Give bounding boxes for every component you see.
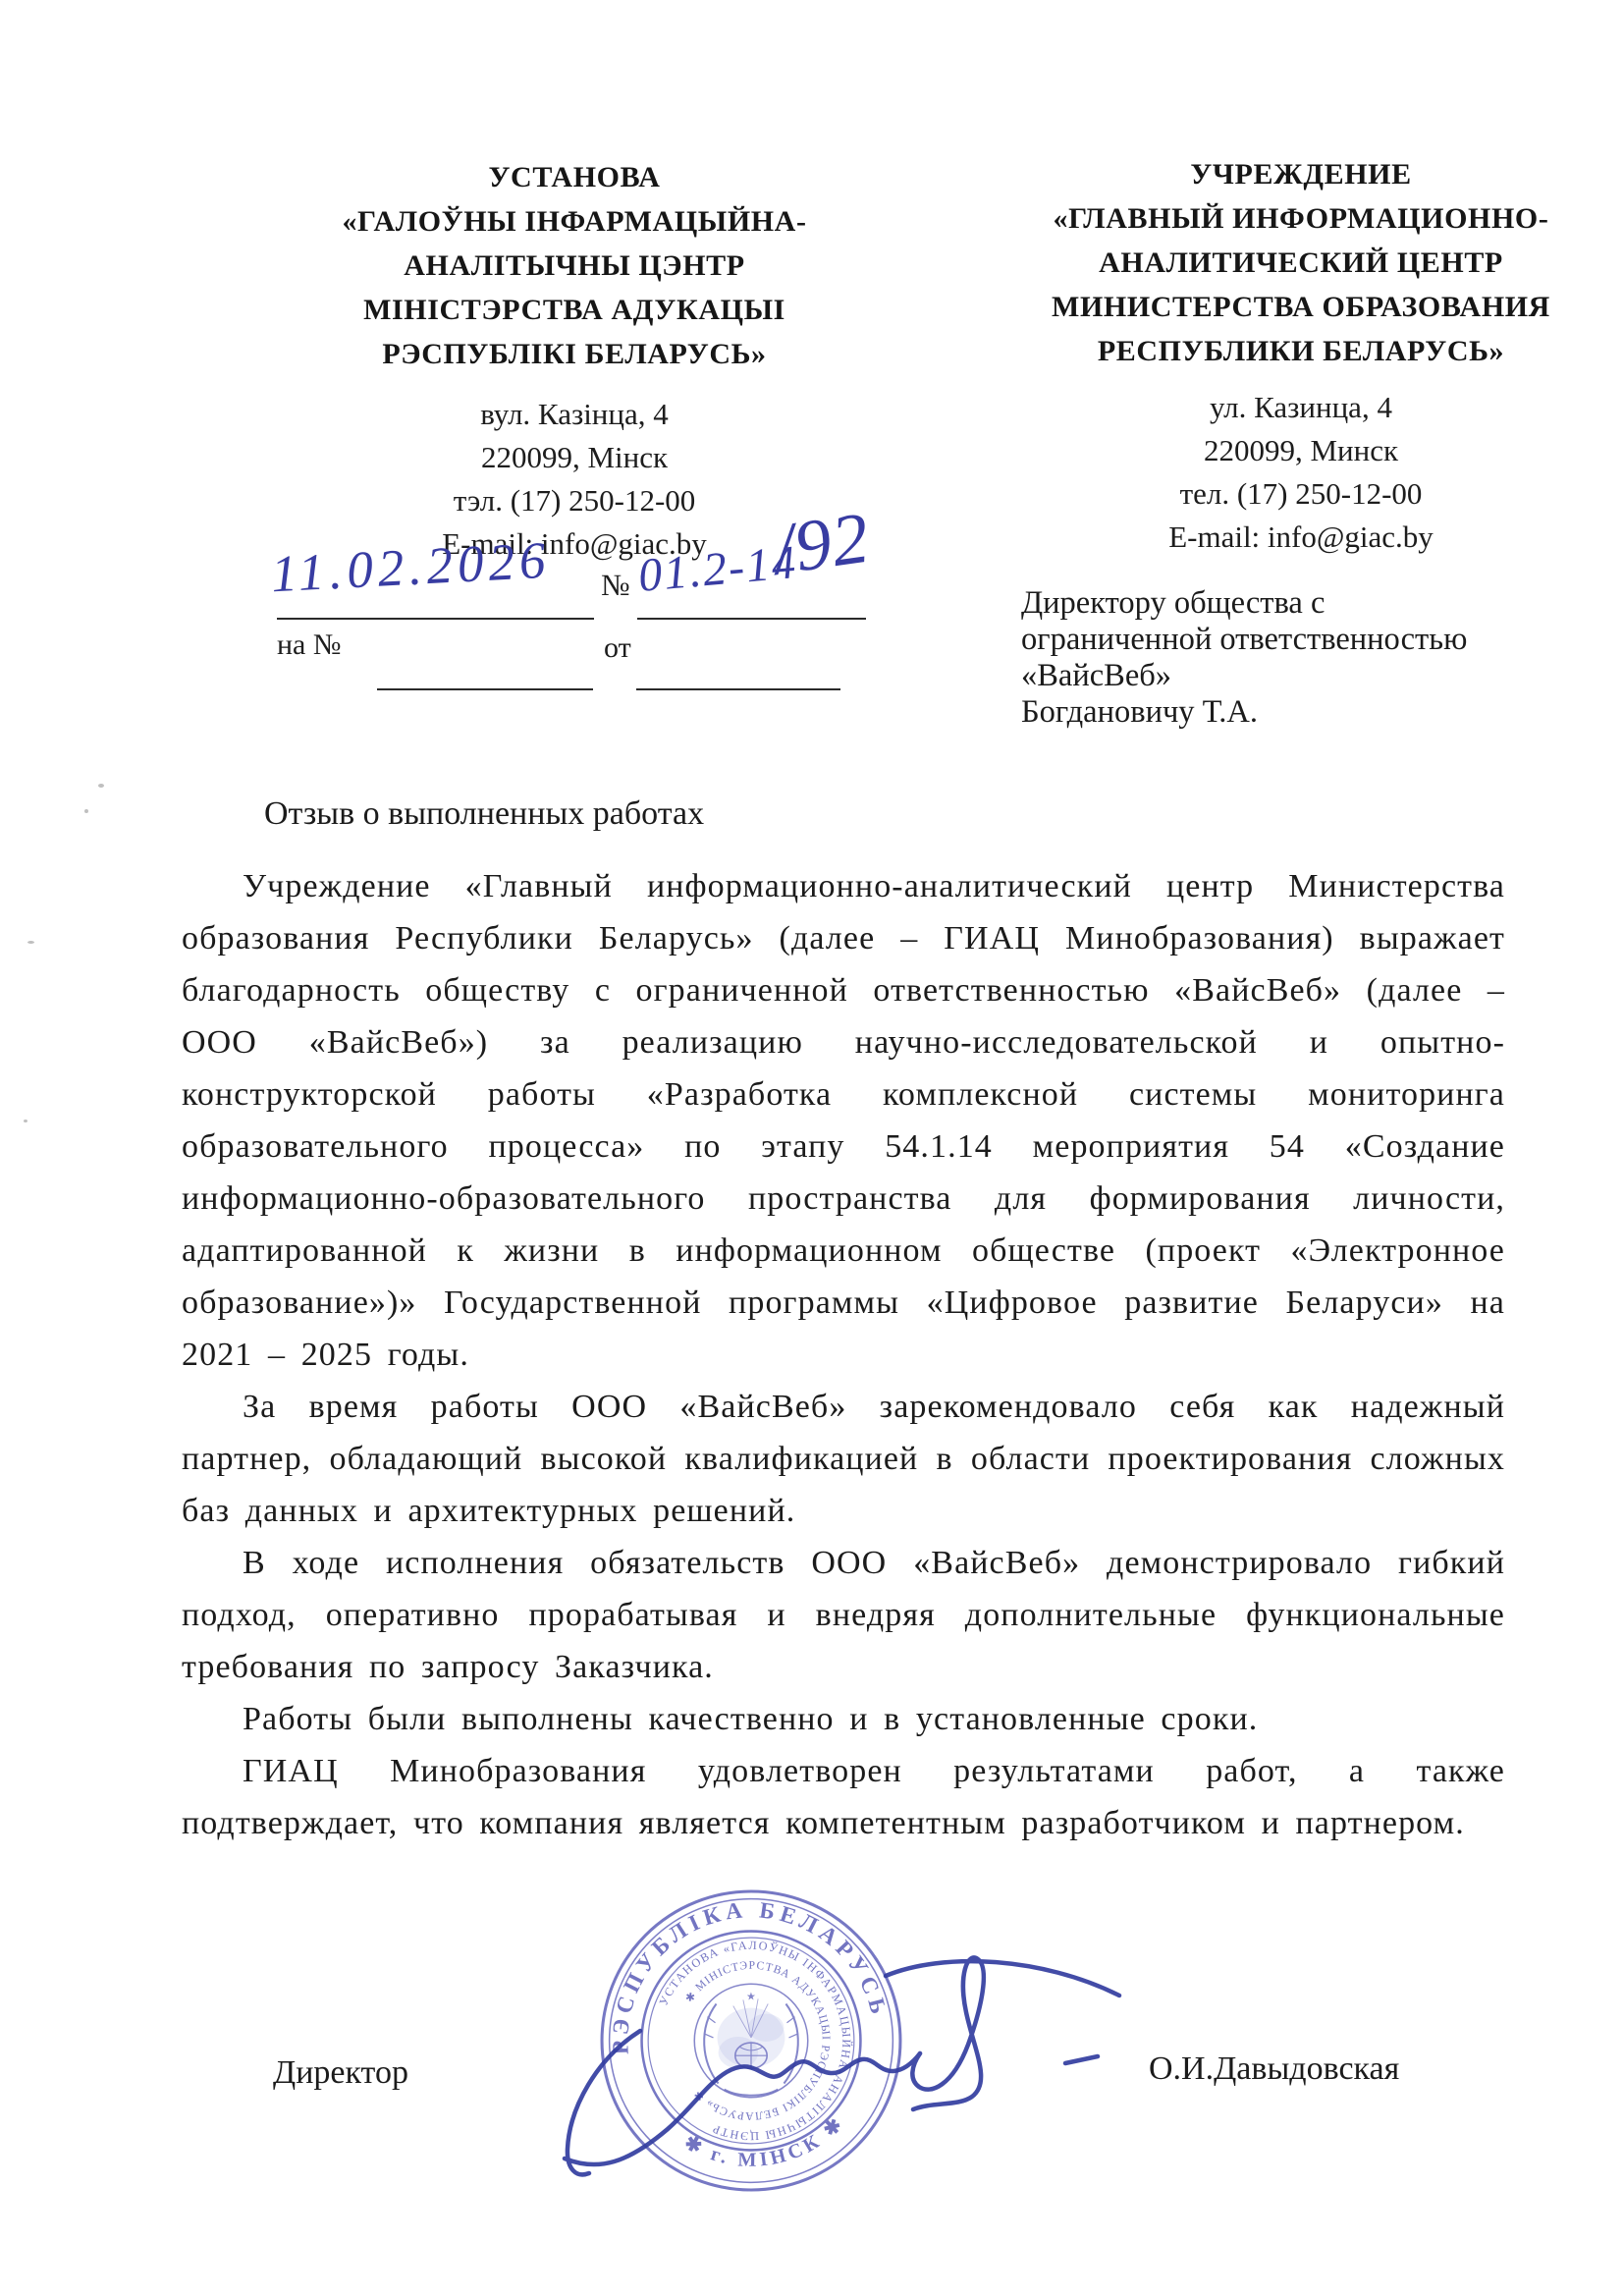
signature-dash bbox=[1065, 2056, 1098, 2063]
address-line: E-mail: info@giac.by bbox=[1103, 516, 1499, 559]
signature-stroke bbox=[565, 2053, 920, 2164]
letterhead-line: РЭСПУБЛІКІ БЕЛАРУСЬ» bbox=[309, 332, 839, 376]
address-line: 220099, Мінск bbox=[378, 436, 771, 479]
letterhead-line: РЕСПУБЛИКИ БЕЛАРУСЬ» bbox=[1026, 329, 1576, 373]
letterhead-line: «ГЛАВНЫЙ ИНФОРМАЦИОННО- bbox=[1026, 196, 1576, 241]
letterhead-line: УСТАНОВА bbox=[309, 155, 839, 199]
letterhead-line: АНАЛИТИЧЕСКИЙ ЦЕНТР bbox=[1026, 241, 1576, 285]
handwritten-number-suffix: /92 bbox=[769, 497, 875, 593]
recipient-line: Богдановичу Т.А. bbox=[1021, 694, 1492, 731]
handwritten-signature bbox=[530, 1915, 1168, 2190]
address-line: тэл. (17) 250-12-00 bbox=[378, 479, 771, 522]
body-paragraph: Работы были выполнены качественно и в ус… bbox=[182, 1693, 1505, 1745]
body-paragraph: ГИАЦ Минобразования удовлетворен результ… bbox=[182, 1745, 1505, 1849]
number-underline bbox=[637, 618, 866, 620]
subject-line: Отзыв о выполненных работах bbox=[264, 795, 704, 833]
recipient-line: ограниченной ответственностью bbox=[1021, 622, 1492, 658]
letterhead-line: УЧРЕЖДЕНИЕ bbox=[1026, 152, 1576, 196]
recipient-line: «ВайсВеб» bbox=[1021, 658, 1492, 694]
number-sign-label: № bbox=[601, 568, 630, 603]
signer-title: Директор bbox=[273, 2054, 408, 2092]
handwritten-date: 11.02.2026 bbox=[270, 531, 552, 605]
scan-speck bbox=[84, 809, 88, 813]
reply-to-number-label: на № bbox=[277, 629, 342, 662]
address-line: 220099, Минск bbox=[1103, 429, 1499, 472]
letterhead-russian: УЧРЕЖДЕНИЕ «ГЛАВНЫЙ ИНФОРМАЦИОННО- АНАЛИ… bbox=[1026, 152, 1576, 373]
reply-date-underline bbox=[636, 688, 840, 690]
signer-name: О.И.Давыдовская bbox=[1149, 2050, 1399, 2088]
date-underline bbox=[277, 618, 594, 620]
address-line: ул. Казинца, 4 bbox=[1103, 386, 1499, 429]
address-russian: ул. Казинца, 4 220099, Минск тел. (17) 2… bbox=[1103, 386, 1499, 559]
scan-speck bbox=[24, 1120, 27, 1122]
signature-stroke bbox=[912, 1958, 984, 2109]
reply-number-underline bbox=[377, 688, 593, 690]
recipient-line: Директору общества с bbox=[1021, 585, 1492, 622]
from-date-label: от bbox=[604, 631, 631, 665]
letterhead-line: «ГАЛОЎНЫ ІНФАРМАЦЫЙНА- bbox=[309, 199, 839, 244]
body-paragraph: За время работы ООО «ВайсВеб» зарекоменд… bbox=[182, 1381, 1505, 1537]
address-line: тел. (17) 250-12-00 bbox=[1103, 472, 1499, 516]
scan-speck bbox=[27, 941, 34, 944]
recipient-block: Директору общества с ограниченной ответс… bbox=[1021, 585, 1492, 731]
signature-stroke bbox=[886, 1961, 1119, 1995]
letterhead-line: МІНІСТЭРСТВА АДУКАЦЫІ bbox=[309, 288, 839, 332]
address-line: вул. Казінца, 4 bbox=[378, 393, 771, 436]
letterhead-line: АНАЛІТЫЧНЫ ЦЭНТР bbox=[309, 244, 839, 288]
scan-speck bbox=[98, 784, 104, 788]
letterhead-line: МИНИСТЕРСТВА ОБРАЗОВАНИЯ bbox=[1026, 285, 1576, 329]
body-paragraph: В ходе исполнения обязательств ООО «Вайс… bbox=[182, 1537, 1505, 1693]
scanned-letter-document: { "page": { "background": "#ffffff", "in… bbox=[0, 0, 1623, 2296]
body-paragraph: Учреждение «Главный информационно-аналит… bbox=[182, 860, 1505, 1381]
letterhead-belarusian: УСТАНОВА «ГАЛОЎНЫ ІНФАРМАЦЫЙНА- АНАЛІТЫЧ… bbox=[309, 155, 839, 376]
letter-body: Учреждение «Главный информационно-аналит… bbox=[182, 860, 1505, 1849]
